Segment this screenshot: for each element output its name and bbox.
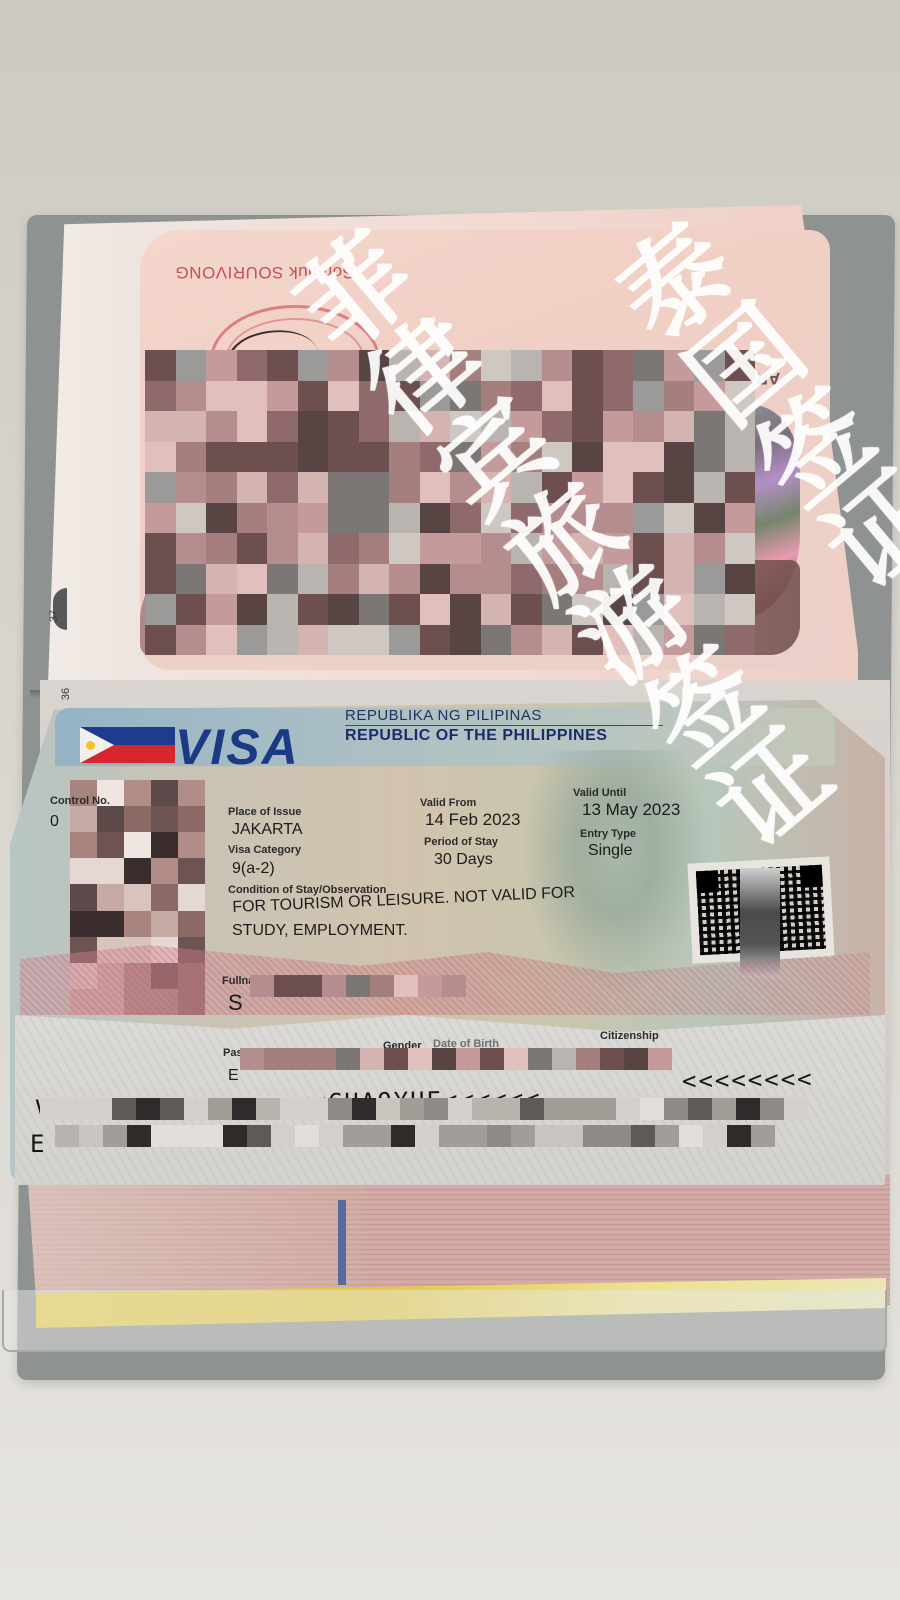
visa-category-value: 9(a-2) <box>232 860 275 878</box>
place-of-issue-label: Place of Issue <box>228 806 301 818</box>
mrz-line-1: <<<<<<<< <box>682 1065 814 1095</box>
page-number-36: 36 <box>60 688 72 700</box>
issuer-english: REPUBLIC OF THE PHILIPPINES <box>345 727 607 745</box>
booklet-base <box>2 1290 887 1352</box>
period-of-stay-value: 30 Days <box>434 851 493 869</box>
entry-type-label: Entry Type <box>580 828 636 840</box>
philippines-flag-icon <box>80 727 175 763</box>
mrz-pixelated-1 <box>40 1098 808 1120</box>
mrz-line-3: E <box>30 1130 46 1158</box>
page-number-37: 37 <box>48 610 60 622</box>
place-of-issue-value: JAKARTA <box>232 821 303 839</box>
citizenship-label: Citizenship <box>600 1030 659 1042</box>
fullname-value: S <box>228 990 243 1016</box>
visa-title: VISA <box>175 718 300 776</box>
passport-photo: Somnuk SOURIVONG AR 55 37 36 VISA REPUBL… <box>0 0 900 1600</box>
condition-line-2: STUDY, EMPLOYMENT. <box>232 922 408 940</box>
control-no-label: Control No. <box>50 795 110 807</box>
valid-from-value: 14 Feb 2023 <box>425 810 520 830</box>
stamp-name: Somnuk SOURIVONG <box>175 262 354 282</box>
valid-until-label: Valid Until <box>573 787 626 799</box>
issuer-divider <box>345 725 663 726</box>
issuer-tagalog: REPUBLIKA NG PILIPINAS <box>345 707 542 724</box>
valid-from-label: Valid From <box>420 797 476 809</box>
pixelated-region <box>145 350 755 655</box>
fullname-pixelated <box>250 975 466 997</box>
valid-until-value: 13 May 2023 <box>582 800 680 820</box>
entry-type-value: Single <box>588 842 632 860</box>
bookmark-strip <box>338 1200 346 1285</box>
passport-info-pixelated <box>240 1048 672 1070</box>
passport-number-value: E <box>228 1067 239 1085</box>
control-no-value: 0 <box>50 813 59 831</box>
visa-category-label: Visa Category <box>228 844 301 856</box>
period-of-stay-label: Period of Stay <box>424 836 498 848</box>
mrz-pixelated-2 <box>55 1125 775 1147</box>
